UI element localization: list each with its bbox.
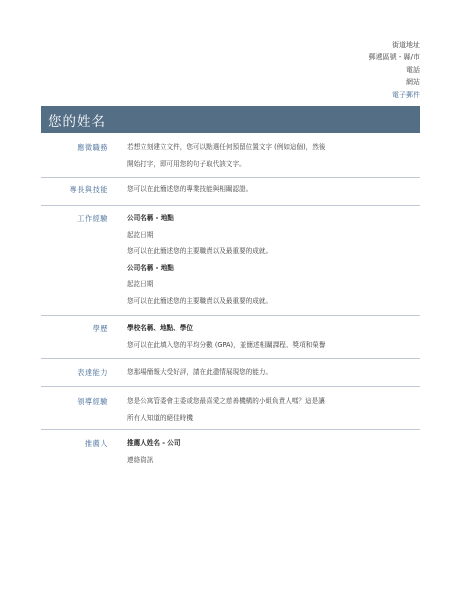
body-line: 您是公寓管委會主委或您最喜愛之慈善機構的小組負責人嗎？這是讓 [127, 393, 417, 410]
section-body[interactable]: 推薦人姓名 - 公司 連絡資訊 [127, 435, 417, 468]
section-body[interactable]: 學校名稱、地點、學位 您可以在此填入您的平均分數 (GPA)，並簡述相關課程、獎… [127, 320, 417, 353]
section-body[interactable]: 您可以在此簡述您的專業技能與相關認證。 [127, 181, 417, 198]
contact-address[interactable]: 街道地址 [369, 39, 420, 51]
section-label: 推薦人 [41, 439, 108, 449]
body-line: 若想立刻建立文件，您可以點選任何預留位置文字 (例如這個)，然後 [127, 139, 417, 156]
contact-website[interactable]: 網站 [369, 76, 420, 88]
section-body[interactable]: 公司名稱 - 地點 起訖日期 您可以在此簡述您的主要職責以及最重要的成就。 公司… [127, 210, 417, 309]
school-title: 學校名稱、地點、學位 [127, 320, 417, 337]
divider [41, 386, 420, 387]
section-label: 專長與技能 [41, 185, 108, 195]
section-body[interactable]: 若想立刻建立文件，您可以點選任何預留位置文字 (例如這個)，然後 開始打字，即可… [127, 139, 417, 172]
section-body[interactable]: 您那場簡報大受好評，請在此盡情展現您的能力。 [127, 364, 417, 381]
body-line: 所有人知道的絕佳時機 [127, 410, 417, 427]
body-line: 連絡資訊 [127, 452, 417, 469]
section-label: 工作經驗 [41, 214, 108, 224]
job-title: 公司名稱 - 地點 [127, 210, 417, 227]
reference-name: 推薦人姓名 - 公司 [127, 435, 417, 452]
job-description: 您可以在此簡述您的主要職責以及最重要的成就。 [127, 293, 417, 310]
body-line: 您可以在此填入您的平均分數 (GPA)，並簡述相關課程、獎項和榮譽 [127, 337, 417, 354]
contact-city[interactable]: 郵遞區號 - 縣/市 [369, 51, 420, 63]
contact-phone[interactable]: 電話 [369, 64, 420, 76]
your-name[interactable]: 您的姓名 [48, 110, 106, 130]
section-label: 表達能力 [41, 368, 108, 378]
body-line: 您可以在此簡述您的專業技能與相關認證。 [127, 181, 417, 198]
body-line: 您那場簡報大受好評，請在此盡情展現您的能力。 [127, 364, 417, 381]
divider [41, 429, 420, 430]
contact-email[interactable]: 電子郵件 [369, 89, 420, 101]
divider [41, 205, 420, 206]
section-label: 應徵職務 [41, 143, 108, 153]
job-description: 您可以在此簡述您的主要職責以及最重要的成就。 [127, 243, 417, 260]
name-header-bar: 您的姓名 [41, 106, 420, 133]
section-body[interactable]: 您是公寓管委會主委或您最喜愛之慈善機構的小組負責人嗎？這是讓 所有人知道的絕佳時… [127, 393, 417, 426]
job-title: 公司名稱 - 地點 [127, 260, 417, 277]
divider [41, 358, 420, 359]
section-label: 學歷 [41, 324, 108, 334]
contact-info: 街道地址 郵遞區號 - 縣/市 電話 網站 電子郵件 [369, 39, 420, 101]
section-label: 領導經驗 [41, 397, 108, 407]
job-dates: 起訖日期 [127, 227, 417, 244]
divider [41, 315, 420, 316]
body-line: 開始打字，即可用您的句子取代該文字。 [127, 156, 417, 173]
job-dates: 起訖日期 [127, 276, 417, 293]
divider [41, 177, 420, 178]
